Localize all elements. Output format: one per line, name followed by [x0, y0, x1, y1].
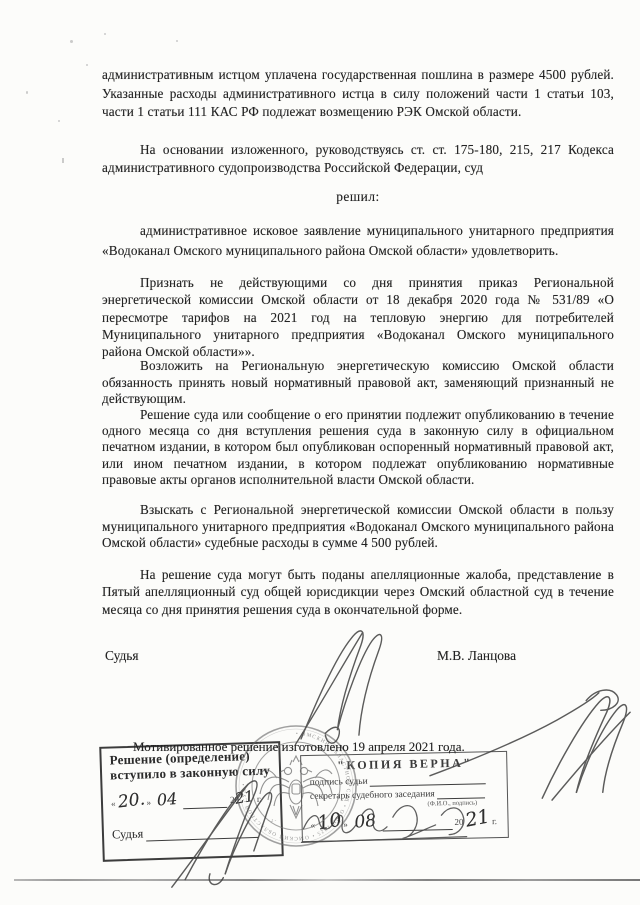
body-paragraph: Решение суда или сообщение о его приняти…: [102, 407, 614, 488]
body-paragraph: Взыскать с Региональной энергетической к…: [102, 502, 614, 552]
body-paragraph: Признать не действующими со дня принятия…: [102, 274, 614, 360]
resolution-heading: решил:: [102, 189, 614, 205]
handwritten-day: 20.: [116, 789, 145, 812]
scan-speck: [70, 40, 73, 43]
footer-note: Мотивированное решение изготовлено 19 ап…: [133, 739, 465, 755]
open-quote: «: [111, 798, 116, 808]
scan-speck: [104, 33, 106, 35]
body-paragraph: На основании изложенного, руководствуясь…: [102, 141, 614, 176]
body-paragraph: На решение суда могут быть поданы апелля…: [102, 566, 614, 618]
scanned-court-decision-page: административным истцом уплачена государ…: [0, 0, 640, 905]
year-suffix: г.: [492, 816, 497, 826]
close-quote: »: [146, 797, 151, 807]
scan-speck: [62, 158, 64, 163]
body-paragraph: Возложить на Региональную энергетическую…: [102, 358, 614, 408]
judge-label: Судья: [105, 648, 139, 664]
scan-artifact-line: [14, 879, 640, 881]
entry-stamp-judge-label: Судья: [112, 827, 144, 842]
entry-stamp-signature: [168, 766, 292, 892]
scan-speck: [86, 64, 88, 66]
judge-name: М.В. Ланцова: [437, 648, 516, 664]
scan-speck: [176, 40, 178, 42]
secretary-signature: [298, 788, 476, 856]
body-paragraph: административным истцом уплачена государ…: [102, 66, 614, 122]
judge-signature: [288, 612, 400, 750]
body-paragraph: административное исковое заявление муниц…: [102, 221, 614, 260]
scan-speck: [26, 91, 28, 94]
scan-speck: [58, 120, 60, 122]
